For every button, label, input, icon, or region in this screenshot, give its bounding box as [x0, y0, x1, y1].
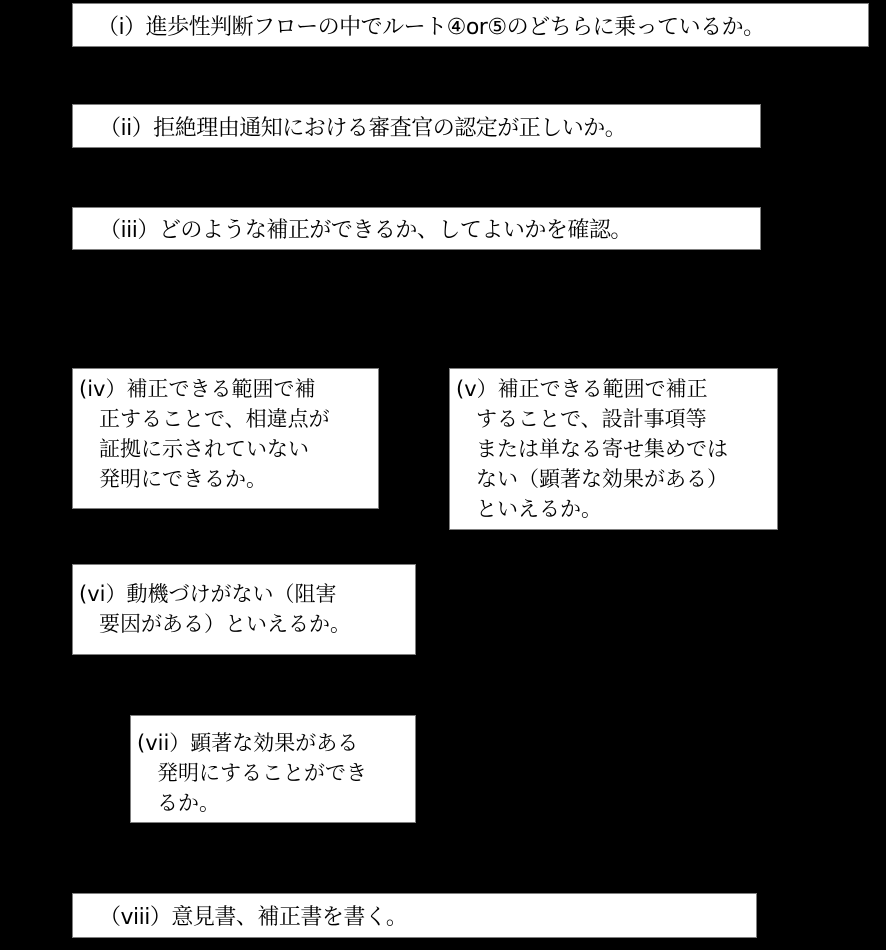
step-vii-line-1: (vii）顕著な効果がある — [137, 728, 415, 758]
step-i-text: （i）進歩性判断フローの中でルート④or⑤のどちらに乗っているか。 — [97, 10, 765, 41]
step-ii-text: （ii）拒絶理由通知における審査官の認定が正しいか。 — [99, 111, 626, 142]
step-viii-box: （viii）意見書、補正書を書く。 — [72, 893, 757, 938]
step-vi-line-1: (vi）動機づけがない（阻害 — [79, 579, 415, 609]
step-vi-box: (vi）動機づけがない（阻害 要因がある）といえるか。 — [72, 564, 416, 655]
step-iv-line-1: (iv）補正できる範囲で補 — [79, 374, 378, 404]
step-i-box: （i）進歩性判断フローの中でルート④or⑤のどちらに乗っているか。 — [72, 3, 869, 47]
step-vii-line-2: 発明にすることができ — [137, 758, 415, 788]
step-v-line-5: といえるか。 — [456, 494, 777, 524]
step-vii-line-3: るか。 — [137, 788, 415, 818]
step-vi-line-2: 要因がある）といえるか。 — [79, 609, 415, 639]
step-v-line-3: または単なる寄せ集めでは — [456, 434, 777, 464]
step-iv-box: (iv）補正できる範囲で補 正することで、相違点が 証拠に示されていない 発明に… — [72, 368, 379, 509]
step-viii-text: （viii）意見書、補正書を書く。 — [99, 900, 407, 931]
step-v-box: (v）補正できる範囲で補正 することで、設計事項等 または単なる寄せ集めでは な… — [449, 368, 778, 530]
step-iii-text: （iii）どのような補正ができるか、してよいかを確認。 — [99, 213, 632, 244]
step-iv-line-2: 正することで、相違点が — [79, 404, 378, 434]
step-v-line-2: することで、設計事項等 — [456, 404, 777, 434]
step-iv-line-4: 発明にできるか。 — [79, 464, 378, 494]
step-iv-line-3: 証拠に示されていない — [79, 434, 378, 464]
step-iii-box: （iii）どのような補正ができるか、してよいかを確認。 — [72, 207, 761, 250]
step-v-line-1: (v）補正できる範囲で補正 — [456, 374, 777, 404]
step-ii-box: （ii）拒絶理由通知における審査官の認定が正しいか。 — [72, 104, 761, 148]
step-vii-box: (vii）顕著な効果がある 発明にすることができ るか。 — [130, 715, 416, 823]
step-v-line-4: ない（顕著な効果がある） — [456, 464, 777, 494]
